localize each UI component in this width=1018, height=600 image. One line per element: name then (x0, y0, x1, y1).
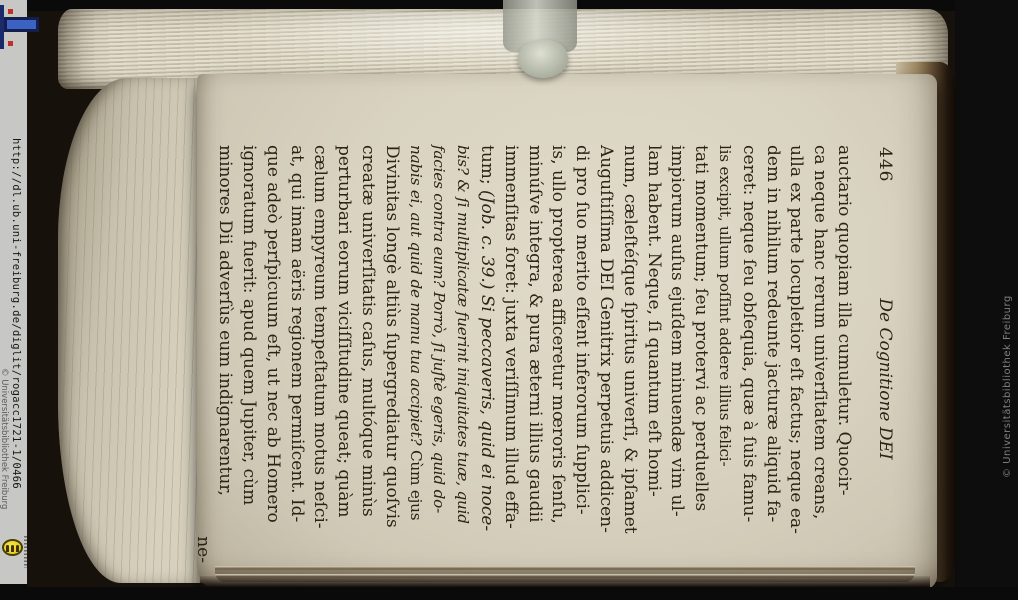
text-line: bis? & ſi multiplicatæ fuerint iniquitat… (450, 145, 474, 585)
text-line: dem in nihilum redeunte jacturæ aliquid … (760, 145, 784, 585)
running-title: De Cognitione DEI (875, 159, 895, 599)
text-line: que adeò perſpicuum eſt, ut nec ab Homer… (260, 145, 284, 585)
logo-figure (6, 545, 9, 552)
target-red-square (8, 41, 13, 46)
text-line: cælum empyreum tempeſtatum motus neſci- (308, 145, 332, 585)
target-blue-bar-horizontal (4, 17, 39, 32)
text-line: ignoratum fuerit: apud quem Jupiter, cùm (236, 145, 260, 585)
text-line: nabis ei, aut quid de manu tua accipiet?… (403, 145, 427, 585)
logo-figure (16, 545, 19, 552)
text-line: creatæ univerſitatis caſus, multóque min… (355, 145, 379, 585)
text-line: ulla ex parte locupletior eſt factus; ne… (784, 145, 808, 585)
copyright-left-label: © Universitätsbibliothek Freiburg (0, 368, 9, 509)
text-line: ceret: neque ſeu obſequia, quæ à ſuis fa… (736, 145, 760, 585)
catchword: ne- (192, 145, 214, 585)
text-line: tati momentum; ſeu protervi ac perduelle… (688, 145, 712, 585)
text-line: Auguſtiſſima DEI Genitrix perpetuis addi… (593, 145, 617, 585)
color-calibration-target-icon (0, 0, 42, 54)
text-line: num, cæleſtéſque ſpiritus univerſi, & ip… (617, 145, 641, 585)
logo-small-text-marks (24, 536, 27, 568)
text-line: ca neque hanc rerum univerſitatem creans… (807, 145, 831, 585)
logo-figure (11, 545, 14, 552)
text-line: Divinitas longè altiùs ſupergrediatur qu… (379, 145, 403, 585)
text-line: impiorum auſus ejuſdem minuendæ vim ul- (665, 145, 689, 585)
digitization-url-label: http://dl.ub.uni-freiburg.de/diglit/roga… (10, 138, 22, 489)
text-line: lis excipit, ullum poſſint addere illius… (712, 145, 736, 585)
target-red-square (8, 9, 13, 14)
text-line: immenſitas foret: juxta veriſſimum illud… (498, 145, 522, 585)
page-holder-clip-end (518, 40, 568, 78)
text-line: lam habent. Neque, ſi quantum eſt homi- (641, 145, 665, 585)
text-line: facies contra eum? Porrò, ſi juſtè egeri… (427, 145, 451, 585)
text-line: minores Dii adverſùs eum indignarentur, (212, 145, 236, 585)
library-logo-icon (2, 534, 28, 572)
text-line: tum; (Job. c. 39.) Si peccaveris, quid e… (474, 145, 498, 585)
text-line: auctario quopiam illa cumuletur. Quocir- (831, 145, 855, 585)
text-line: perturbari eorum viciſſitudine queat; qu… (331, 145, 355, 585)
text-line: minúſve integra, & pura æterni illius ga… (522, 145, 546, 585)
page-stack-highlight (200, 12, 760, 72)
text-body: auctario quopiam illa cumuletur. Quocir-… (212, 145, 855, 585)
bottom-black-band (0, 587, 1018, 600)
copyright-right-label: © Universitätsbibliothek Freiburg (1002, 295, 1013, 478)
text-line: is, ullo propterea afficeretur mœroris ſ… (546, 145, 570, 585)
text-line: at, qui imam aëris regionem permiſcent. … (284, 145, 308, 585)
page-header: 446 De Cognitione DEI (865, 145, 895, 585)
text-line: di pro ſuo merito eſſent inferorum ſuppl… (569, 145, 593, 585)
page-text-rotated: 446 De Cognitione DEI auctario quopiam i… (185, 145, 895, 585)
